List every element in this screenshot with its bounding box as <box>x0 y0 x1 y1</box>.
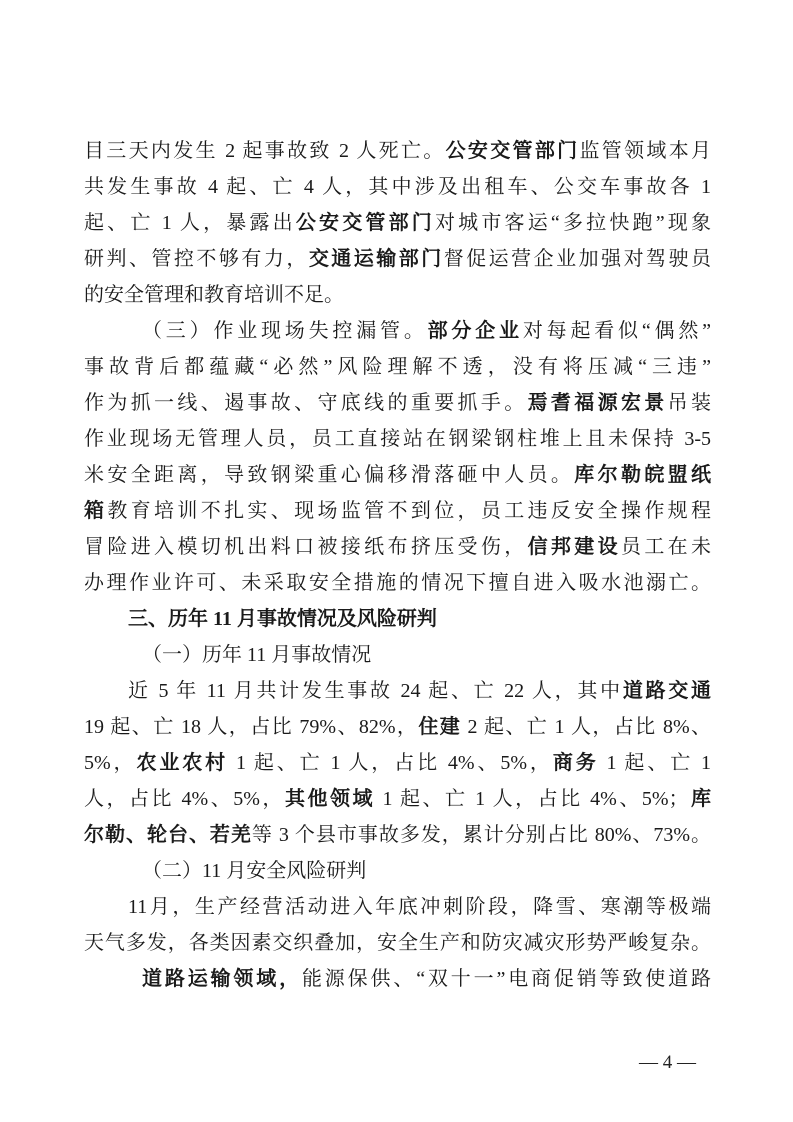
body-text: 事故背后都蕴藏“必然”风险理解不透，没有将压减“三违” <box>84 356 711 378</box>
emphasis-text: 公安交管部门 <box>446 140 580 162</box>
body-text: 督促运营企业加强对驾驶员 <box>444 248 711 270</box>
body-text: 近 5 年 11 月共计发生事故 24 起、亡 22 人，其中 <box>128 680 623 702</box>
text-line: 尔勒、轮台、若羌等 3 个县市事故多发，累计分别占比 80%、73%。 <box>84 817 711 853</box>
text-line: 人，占比 4%、5%，其他领域 1 起、亡 1 人，占比 4%、5%；库 <box>84 781 711 817</box>
emphasis-text: 其他领域 <box>285 788 375 810</box>
subheading-text: （二）11 月安全风险研判 <box>142 860 366 882</box>
text-line: （三）作业现场失控漏管。部分企业对每起看似“偶然” <box>84 313 711 349</box>
text-line: 目三天内发生 2 起事故致 2 人死亡。公安交管部门监管领域本月 <box>84 133 711 169</box>
text-line: （一）历年 11 月事故情况 <box>84 637 711 673</box>
text-line: （二）11 月安全风险研判 <box>84 853 711 889</box>
body-text: 天气多发，各类因素交织叠加，安全生产和防灾减灾形势严峻复杂。 <box>84 932 711 954</box>
text-line: 研判、管控不够有力，交通运输部门督促运营企业加强对驾驶员 <box>84 241 711 277</box>
body-text: 19 起、亡 18 人，占比 79%、82%， <box>84 716 418 738</box>
emphasis-text: 农业农村 <box>136 752 228 774</box>
text-line: 冒险进入模切机出料口被接纸布挤压受伤，信邦建设员工在未 <box>84 529 711 565</box>
body-text: 能源保供、“双十一”电商促销等致使道路 <box>302 968 711 990</box>
body-text: 共发生事故 4 起、亡 4 人，其中涉及出租车、公交车事故各 1 <box>84 176 711 198</box>
text-line: 三、历年 11 月事故情况及风险研判 <box>84 601 711 637</box>
body-text: 等 3 个县市事故多发，累计分别占比 80%、73%。 <box>252 824 711 846</box>
text-line: 起、亡 1 人，暴露出公安交管部门对城市客运“多拉快跑”现象 <box>84 205 711 241</box>
body-text: 的安全管理和教育培训不足。 <box>84 284 344 306</box>
text-line: 天气多发，各类因素交织叠加，安全生产和防灾减灾形势严峻复杂。 <box>84 925 711 961</box>
page-footer: — 4 — <box>639 1051 696 1075</box>
body-text: 目三天内发生 2 起事故致 2 人死亡。 <box>84 140 446 162</box>
body-text: 11月，生产经营活动进入年底冲刺阶段，降雪、寒潮等极端 <box>128 896 711 918</box>
text-line: 共发生事故 4 起、亡 4 人，其中涉及出租车、公交车事故各 1 <box>84 169 711 205</box>
emphasis-text: 信邦建设 <box>528 536 621 558</box>
emphasis-text: 住建 <box>418 716 461 738</box>
emphasis-text: 库 <box>689 788 712 810</box>
body-text: 教育培训不扎实、现场监管不到位，员工违反安全操作规程 <box>107 500 711 522</box>
body-text: 监管领域本月 <box>579 140 711 162</box>
text-line: 11月，生产经营活动进入年底冲刺阶段，降雪、寒潮等极端 <box>84 889 711 925</box>
body-text: 5%， <box>84 752 136 774</box>
body-text: 员工在未 <box>621 536 711 558</box>
subheading-text: （三）作业现场失控漏管。 <box>142 320 428 342</box>
text-line: 19 起、亡 18 人，占比 79%、82%，住建 2 起、亡 1 人，占比 8… <box>84 709 711 745</box>
text-line: 作为抓一线、遏事故、守底线的重要抓手。焉耆福源宏景吊装 <box>84 385 711 421</box>
body-text: 作为抓一线、遏事故、守底线的重要抓手。 <box>84 392 528 414</box>
body-text: 对每起看似“偶然” <box>523 320 711 342</box>
body-text: 办理作业许可、未采取安全措施的情况下擅自进入吸水池溺亡。 <box>84 572 711 594</box>
body-text: 米安全距离，导致钢梁重心偏移滑落砸中人员。 <box>84 464 574 486</box>
emphasis-text: 库尔勒皖盟纸 <box>574 464 711 486</box>
subheading-text: （一）历年 11 月事故情况 <box>142 644 371 666</box>
page-number: — 4 — <box>639 1052 696 1073</box>
emphasis-text: 交通运输部门 <box>309 248 444 270</box>
text-line: 近 5 年 11 月共计发生事故 24 起、亡 22 人，其中道路交通 <box>84 673 711 709</box>
body-text: 2 起、亡 1 人，占比 8%、 <box>461 716 711 738</box>
text-line: 的安全管理和教育培训不足。 <box>84 277 711 313</box>
body-text: 1 起、亡 1 人，占比 4%、5%， <box>228 752 553 774</box>
text-line: 5%，农业农村 1 起、亡 1 人，占比 4%、5%，商务 1 起、亡 1 <box>84 745 711 781</box>
text-line: 作业现场无管理人员，员工直接站在钢梁钢柱堆上且未保持 3-5 <box>84 421 711 457</box>
emphasis-text: 焉耆福源宏景 <box>528 392 668 414</box>
text-line: 箱教育培训不扎实、现场监管不到位，员工违反安全操作规程 <box>84 493 711 529</box>
document-page: 目三天内发生 2 起事故致 2 人死亡。公安交管部门监管领域本月共发生事故 4 … <box>0 0 793 1122</box>
emphasis-text: 部分企业 <box>428 320 523 342</box>
emphasis-text: 道路交通 <box>623 680 711 702</box>
text-line: 事故背后都蕴藏“必然”风险理解不透，没有将压减“三违” <box>84 349 711 385</box>
emphasis-text: 商务 <box>553 752 599 774</box>
body-text: 研判、管控不够有力， <box>84 248 309 270</box>
emphasis-text: 道路运输领域， <box>142 968 302 990</box>
body-text: 对城市客运“多拉快跑”现象 <box>435 212 711 234</box>
text-line: 米安全距离，导致钢梁重心偏移滑落砸中人员。库尔勒皖盟纸 <box>84 457 711 493</box>
body-text: 作业现场无管理人员，员工直接站在钢梁钢柱堆上且未保持 3-5 <box>84 428 711 450</box>
text-line: 办理作业许可、未采取安全措施的情况下擅自进入吸水池溺亡。 <box>84 565 711 601</box>
body-text: 起、亡 1 人，暴露出 <box>84 212 296 234</box>
emphasis-text: 尔勒、轮台、若羌 <box>84 824 252 846</box>
emphasis-text: 公安交管部门 <box>296 212 435 234</box>
emphasis-text: 箱 <box>84 500 107 522</box>
body-text: 1 起、亡 1 <box>599 752 711 774</box>
emphasis-text: 三、历年 11 月事故情况及风险研判 <box>128 608 437 630</box>
document-body: 目三天内发生 2 起事故致 2 人死亡。公安交管部门监管领域本月共发生事故 4 … <box>84 133 711 997</box>
body-text: 冒险进入模切机出料口被接纸布挤压受伤， <box>84 536 528 558</box>
body-text: 人，占比 4%、5%， <box>84 788 285 810</box>
body-text: 1 起、亡 1 人，占比 4%、5%； <box>375 788 689 810</box>
text-line: 道路运输领域，能源保供、“双十一”电商促销等致使道路 <box>84 961 711 997</box>
body-text: 吊装 <box>668 392 711 414</box>
